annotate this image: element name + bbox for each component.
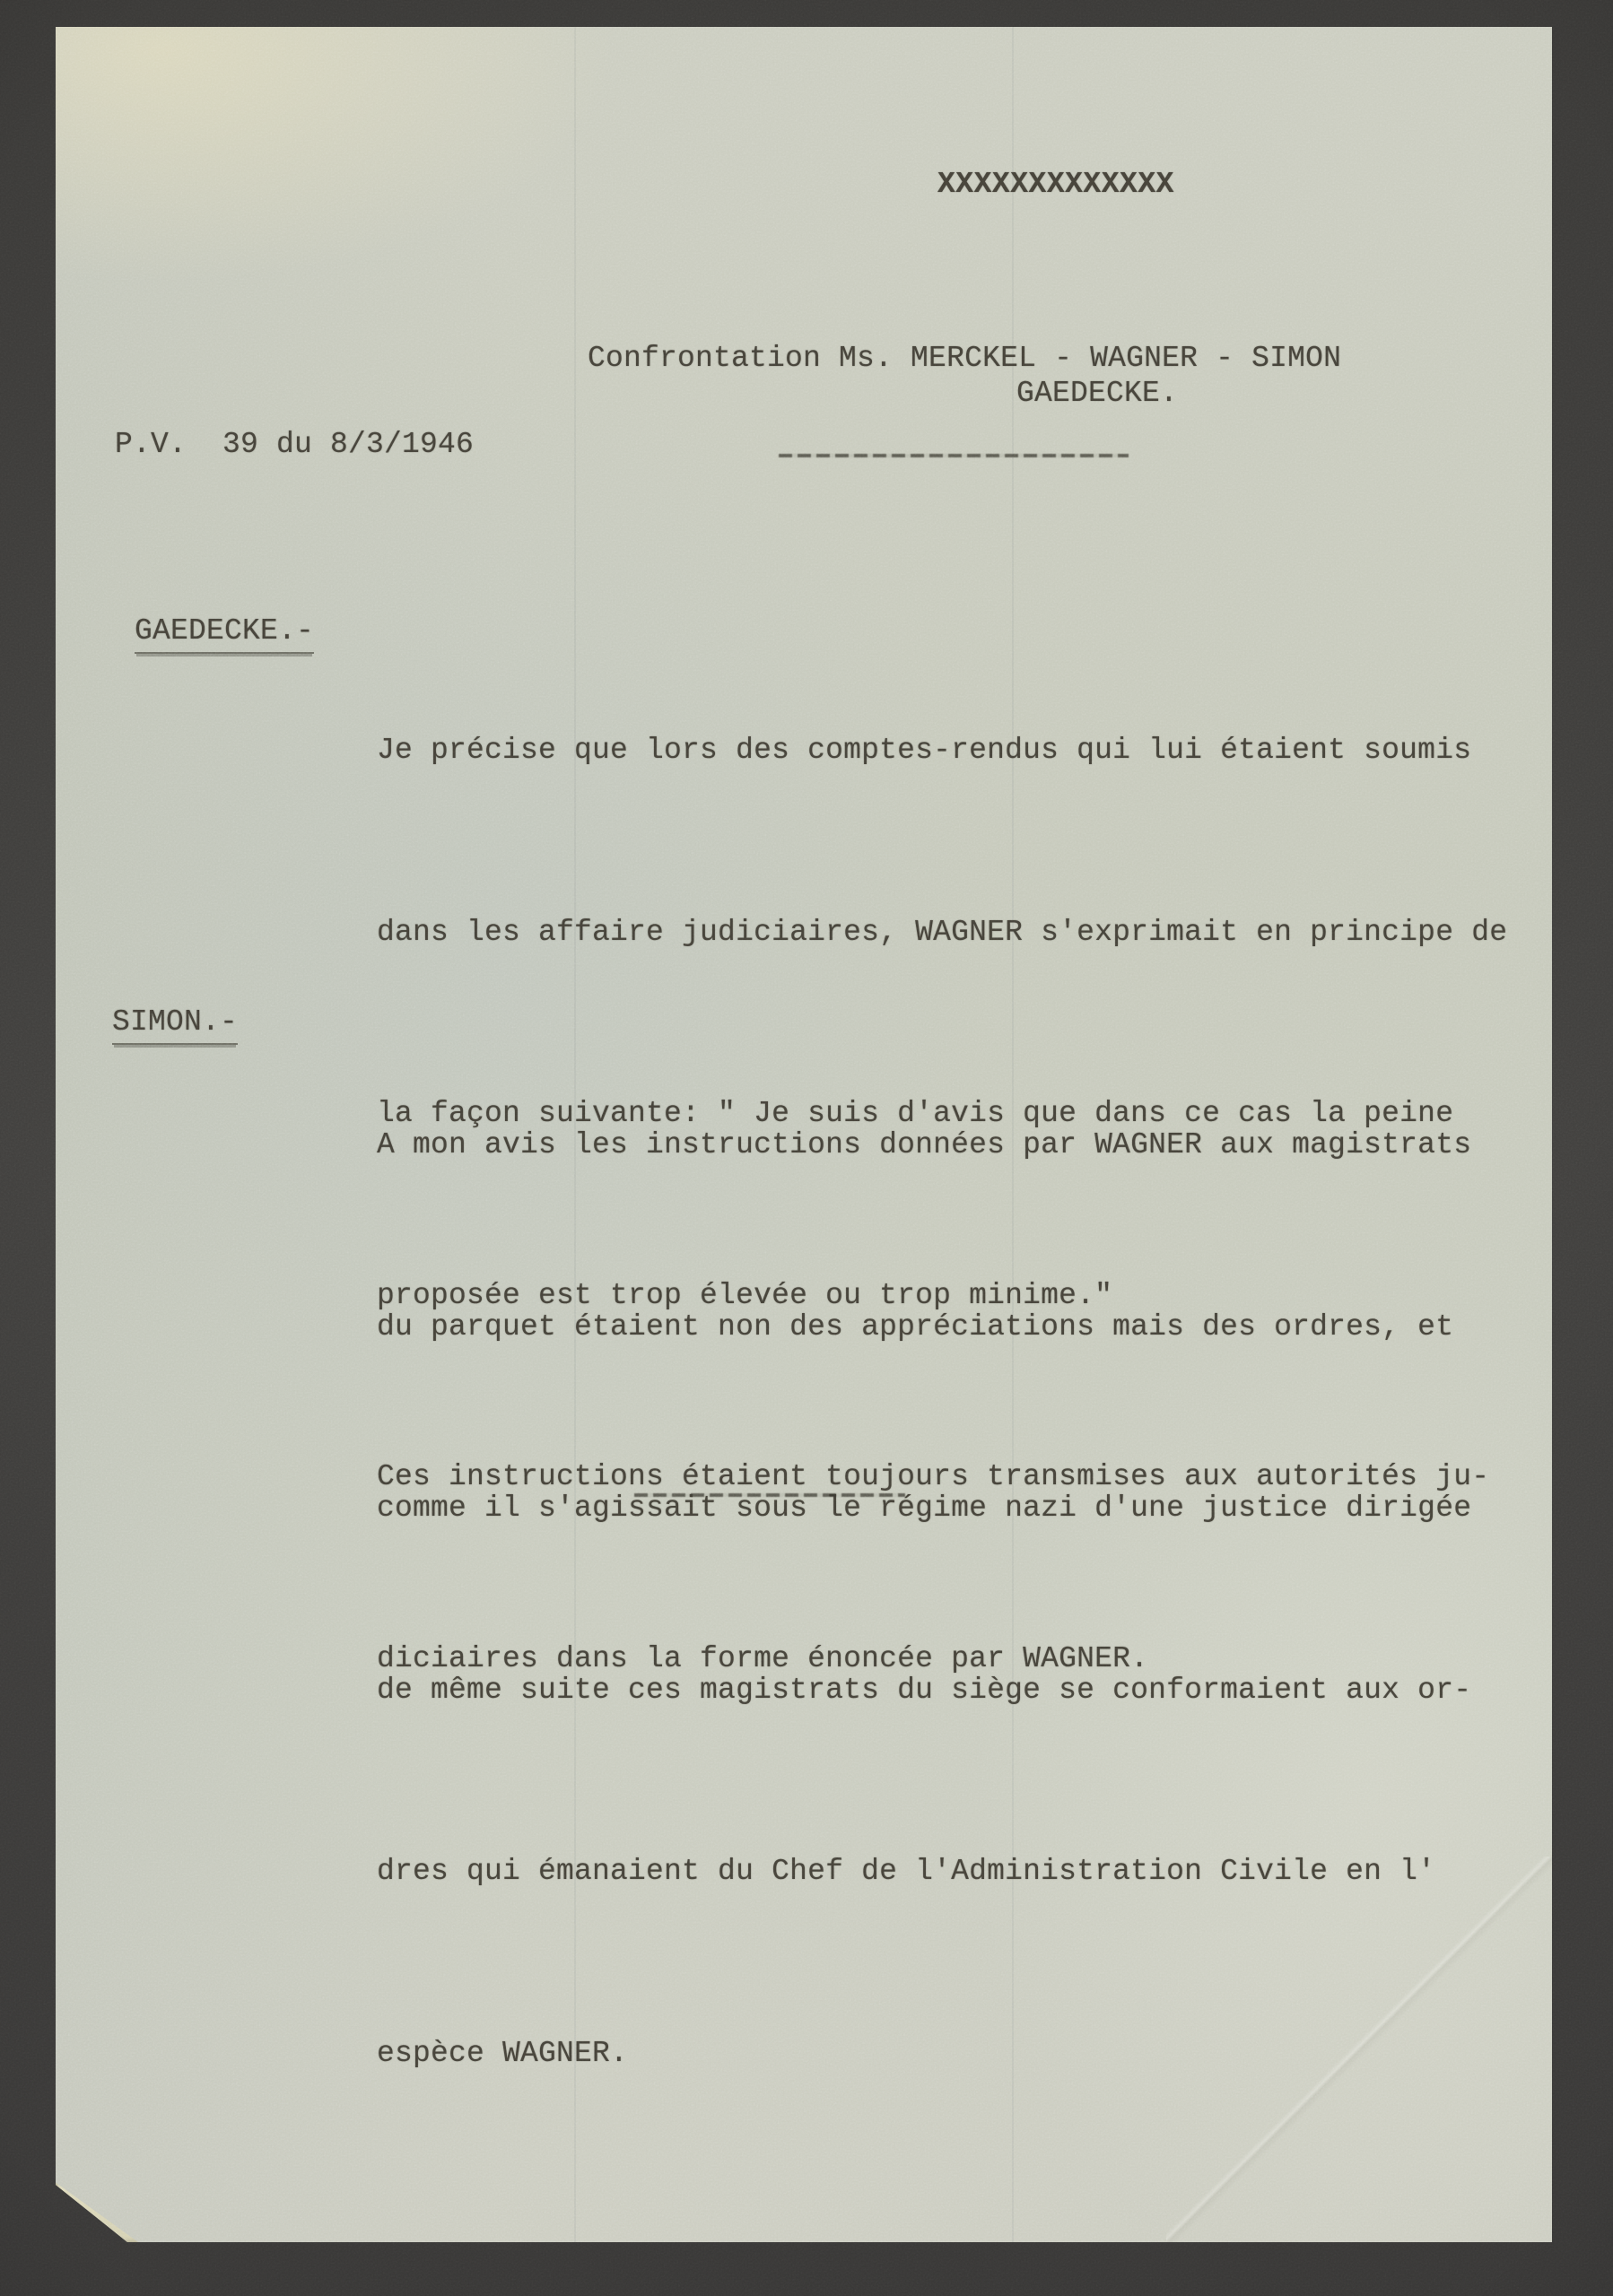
statement-simon-line-4: de même suite ces magistrats du siège se… [377,1660,1471,1721]
statement-simon-line-1: A mon avis les instructions données par … [377,1115,1471,1176]
statement-gaedecke-line-1: Je précise que lors des comptes-rendus q… [377,720,1507,781]
statement-simon: A mon avis les instructions données par … [377,994,1471,2205]
document-page: XXXXXXXXXXXXX Confrontation Ms. MERCKEL … [56,27,1552,2242]
closing-divider [634,1493,905,1497]
document-title-line1: Confrontation Ms. MERCKEL - WAGNER - SIM… [588,344,1341,373]
redaction-marks: XXXXXXXXXXXXX [937,170,1174,199]
statement-simon-line-5: dres qui émanaient du Chef de l'Administ… [377,1841,1471,1902]
statement-gaedecke-line-2: dans les affaire judiciaires, WAGNER s'e… [377,902,1507,963]
title-divider [779,454,1129,457]
statement-simon-line-3: comme il s'agissait sous le régime nazi … [377,1478,1471,1539]
statement-simon-line-6: espèce WAGNER. [377,2023,1471,2084]
pv-reference: P.V. 39 du 8/3/1946 [115,430,474,459]
speaker-label-gaedecke: GAEDECKE.- [135,616,314,654]
document-title-line2: GAEDECKE. [1016,378,1178,408]
statement-simon-line-2: du parquet étaient non des appréciations… [377,1297,1471,1358]
speaker-label-simon: SIMON.- [112,1007,238,1045]
